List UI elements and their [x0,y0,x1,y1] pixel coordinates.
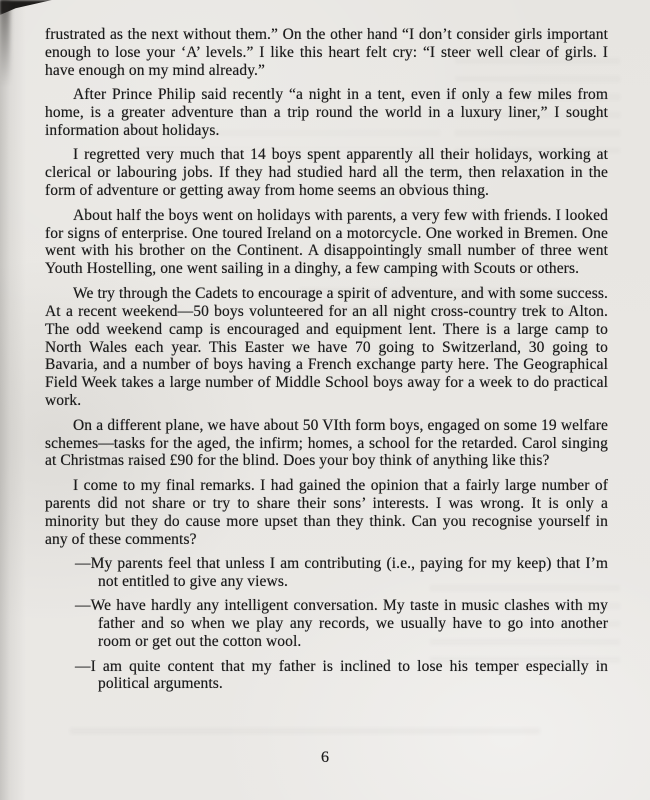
paragraph: After Prince Philip said recently “a nig… [45,86,608,140]
list-item-comment: —My parents feel that unless I am contri… [98,555,608,591]
list-item-comment: —I am quite content that my father is in… [98,658,608,694]
paragraph: I come to my final remarks. I had gained… [45,477,608,549]
paragraph-continuation: frustrated as the next without them.” On… [45,26,608,80]
paragraph: We try through the Cadets to encourage a… [45,285,608,410]
page-bleedthrough-artifact [70,728,540,744]
paragraph: I regretted very much that 14 boys spent… [45,146,608,200]
scanned-book-page: frustrated as the next without them.” On… [0,0,650,800]
scan-left-edge-shadow [0,0,26,800]
paragraph: About half the boys went on holidays wit… [45,207,608,279]
scan-corner-shadow [0,0,10,90]
list-item-comment: —We have hardly any intelligent conversa… [98,597,608,651]
paragraph: On a different plane, we have about 50 V… [45,417,608,471]
page-text-block: frustrated as the next without them.” On… [45,26,608,700]
page-number: 6 [0,749,650,767]
